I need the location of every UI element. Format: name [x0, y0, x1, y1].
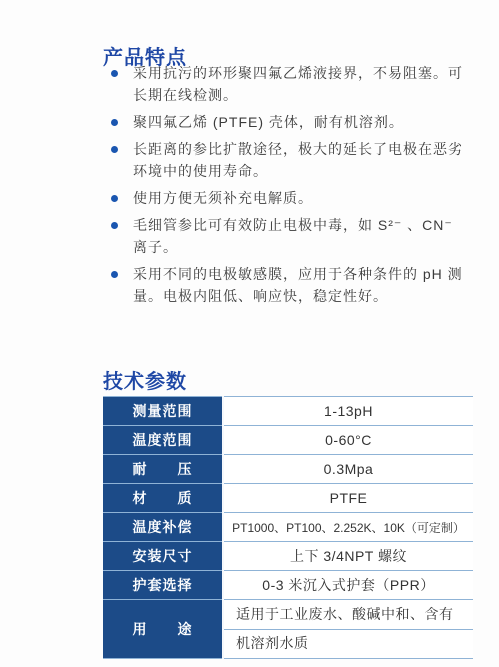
feature-text: 毛细管参比可有效防止电极中毒，如 S²⁻ 、CN⁻ 离子。 — [133, 214, 475, 258]
specs-section-title: 技术参数 — [103, 365, 187, 394]
spec-label: 耐 压 — [103, 455, 223, 484]
spec-value: 适用于工业废水、酸碱中和、含有 机溶剂水质 — [223, 600, 473, 659]
spec-row: 用 途 适用于工业废水、酸碱中和、含有 机溶剂水质 — [103, 600, 473, 659]
spec-label: 材 质 — [103, 484, 223, 513]
spec-row: 护套选择 0-3 米沉入式护套（PPR） — [103, 571, 473, 600]
feature-text: 采用不同的电极敏感膜，应用于各种条件的 pH 测 量。电极内阻低、响应快，稳定性… — [133, 263, 475, 307]
feature-text: 使用方便无须补充电解质。 — [133, 187, 475, 209]
feature-list: 采用抗污的环形聚四氟乙烯液接界，不易阻塞。可 长期在线检测。 聚四氟乙烯 (PT… — [103, 62, 475, 312]
spec-label: 测量范围 — [103, 397, 223, 426]
feature-text: 采用抗污的环形聚四氟乙烯液接界，不易阻塞。可 长期在线检测。 — [133, 62, 475, 106]
spec-row: 材 质 PTFE — [103, 484, 473, 513]
feature-item: 长距离的参比扩散途径，极大的延长了电极在恶劣 环境中的使用寿命。 — [103, 138, 475, 182]
specs-table: 测量范围 1-13pH 温度范围 0-60°C 耐 压 0.3Mpa 材 质 P… — [103, 396, 473, 659]
bullet-icon — [103, 187, 133, 209]
feature-text: 长距离的参比扩散途径，极大的延长了电极在恶劣 环境中的使用寿命。 — [133, 138, 475, 182]
spec-row: 温度范围 0-60°C — [103, 426, 473, 455]
spec-value: 1-13pH — [223, 397, 473, 426]
datasheet-page: 产品特点 采用抗污的环形聚四氟乙烯液接界，不易阻塞。可 长期在线检测。 聚四氟乙… — [0, 0, 499, 667]
spec-value: 上下 3/4NPT 螺纹 — [223, 542, 473, 571]
spec-label: 温度补偿 — [103, 513, 223, 542]
spec-label: 温度范围 — [103, 426, 223, 455]
spec-row: 安装尺寸 上下 3/4NPT 螺纹 — [103, 542, 473, 571]
spec-value: 0.3Mpa — [223, 455, 473, 484]
feature-item: 毛细管参比可有效防止电极中毒，如 S²⁻ 、CN⁻ 离子。 — [103, 214, 475, 258]
spec-value: 0-3 米沉入式护套（PPR） — [223, 571, 473, 600]
spec-label: 用 途 — [103, 600, 223, 659]
bullet-icon — [103, 62, 133, 84]
spec-row: 耐 压 0.3Mpa — [103, 455, 473, 484]
feature-item: 聚四氟乙烯 (PTFE) 壳体，耐有机溶剂。 — [103, 111, 475, 133]
bullet-icon — [103, 263, 133, 285]
feature-item: 采用不同的电极敏感膜，应用于各种条件的 pH 测 量。电极内阻低、响应快，稳定性… — [103, 263, 475, 307]
spec-label: 安装尺寸 — [103, 542, 223, 571]
feature-text: 聚四氟乙烯 (PTFE) 壳体，耐有机溶剂。 — [133, 111, 475, 133]
spec-value: PT1000、PT100、2.252K、10K（可定制） — [223, 513, 473, 542]
spec-row: 测量范围 1-13pH — [103, 397, 473, 426]
bullet-icon — [103, 138, 133, 160]
bullet-icon — [103, 214, 133, 236]
spec-value: PTFE — [223, 484, 473, 513]
feature-item: 使用方便无须补充电解质。 — [103, 187, 475, 209]
spec-row: 温度补偿 PT1000、PT100、2.252K、10K（可定制） — [103, 513, 473, 542]
feature-item: 采用抗污的环形聚四氟乙烯液接界，不易阻塞。可 长期在线检测。 — [103, 62, 475, 106]
spec-label: 护套选择 — [103, 571, 223, 600]
spec-value: 0-60°C — [223, 426, 473, 455]
bullet-icon — [103, 111, 133, 133]
